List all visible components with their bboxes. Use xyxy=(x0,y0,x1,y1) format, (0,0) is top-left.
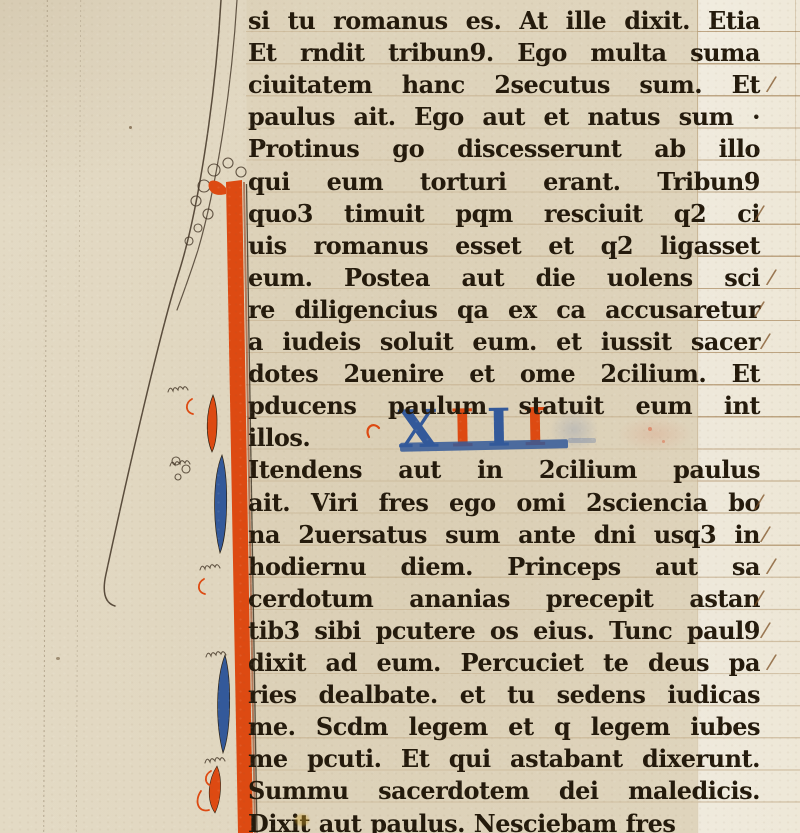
text-block: si tu romanus es. At ille dixit. EtiaEt … xyxy=(0,0,800,833)
line-end-flourish: / xyxy=(765,72,778,97)
manuscript-text-line: Summu sacerdotem dei maledicis. xyxy=(248,776,760,806)
manuscript-text-line: cerdotum ananias precepit astan xyxy=(248,584,760,614)
line-end-flourish: / xyxy=(765,264,778,289)
manuscript-text-line: na 2uersatus sum ante dni usq3 in xyxy=(248,520,760,550)
manuscript-text-line: pducens paulum statuit eum int xyxy=(248,391,760,421)
manuscript-text-line: Dixit aut paulus. Nesciebam fres xyxy=(248,809,760,833)
line-end-flourish: / xyxy=(759,521,772,546)
manuscript-text-line: hodiernu diem. Princeps aut sa xyxy=(248,552,760,582)
line-end-flourish: / xyxy=(759,329,772,354)
manuscript-text-line: a iudeis soluit eum. et iussit sacer xyxy=(248,327,760,357)
manuscript-text-line: eum. Postea aut die uolens sci xyxy=(248,263,760,293)
manuscript-text-line: me pcuti. Et qui astabant dixerunt. xyxy=(248,744,760,774)
manuscript-text-line: quo3 timuit pqm resciuit q2 ci xyxy=(248,199,760,229)
manuscript-text-line: uis romanus esset et q2 ligasset xyxy=(248,231,760,261)
manuscript-text-line: ait. Viri fres ego omi 2sciencia bo xyxy=(248,488,760,518)
manuscript-text-line: Itendens aut in 2cilium paulus xyxy=(248,455,760,485)
manuscript-text-line: me. Scdm legem et q legem iubes xyxy=(248,712,760,742)
manuscript-text-line: Protinus go discesserunt ab illo xyxy=(248,134,760,164)
manuscript-text-line: qui eum torturi erant. Tribun9 xyxy=(248,167,760,197)
manuscript-photo: XIII si tu romanus es. At ille dixit. Et… xyxy=(0,0,800,833)
manuscript-text-line: ciuitatem hanc 2secutus sum. Et xyxy=(248,70,760,100)
line-end-flourish: / xyxy=(765,553,778,578)
manuscript-text-line: dotes 2uenire et ome 2cilium. Et xyxy=(248,359,760,389)
manuscript-text-line: tib3 sibi pcutere os eius. Tunc paul9 xyxy=(248,616,760,646)
line-end-flourish: / xyxy=(759,617,772,642)
line-end-flourish: / xyxy=(765,650,778,675)
manuscript-text-line: paulus ait. Ego aut et natus sum · xyxy=(248,102,760,132)
manuscript-text-line: si tu romanus es. At ille dixit. Etia xyxy=(248,6,760,36)
manuscript-text-line: dixit ad eum. Percuciet te deus pa xyxy=(248,648,760,678)
manuscript-text-line: Et rndit tribun9. Ego multa suma xyxy=(248,38,760,68)
manuscript-text-line: ries dealbate. et tu sedens iudicas xyxy=(248,680,760,710)
manuscript-text-line: re diligencius qa ex ca accusaretur xyxy=(248,295,760,325)
